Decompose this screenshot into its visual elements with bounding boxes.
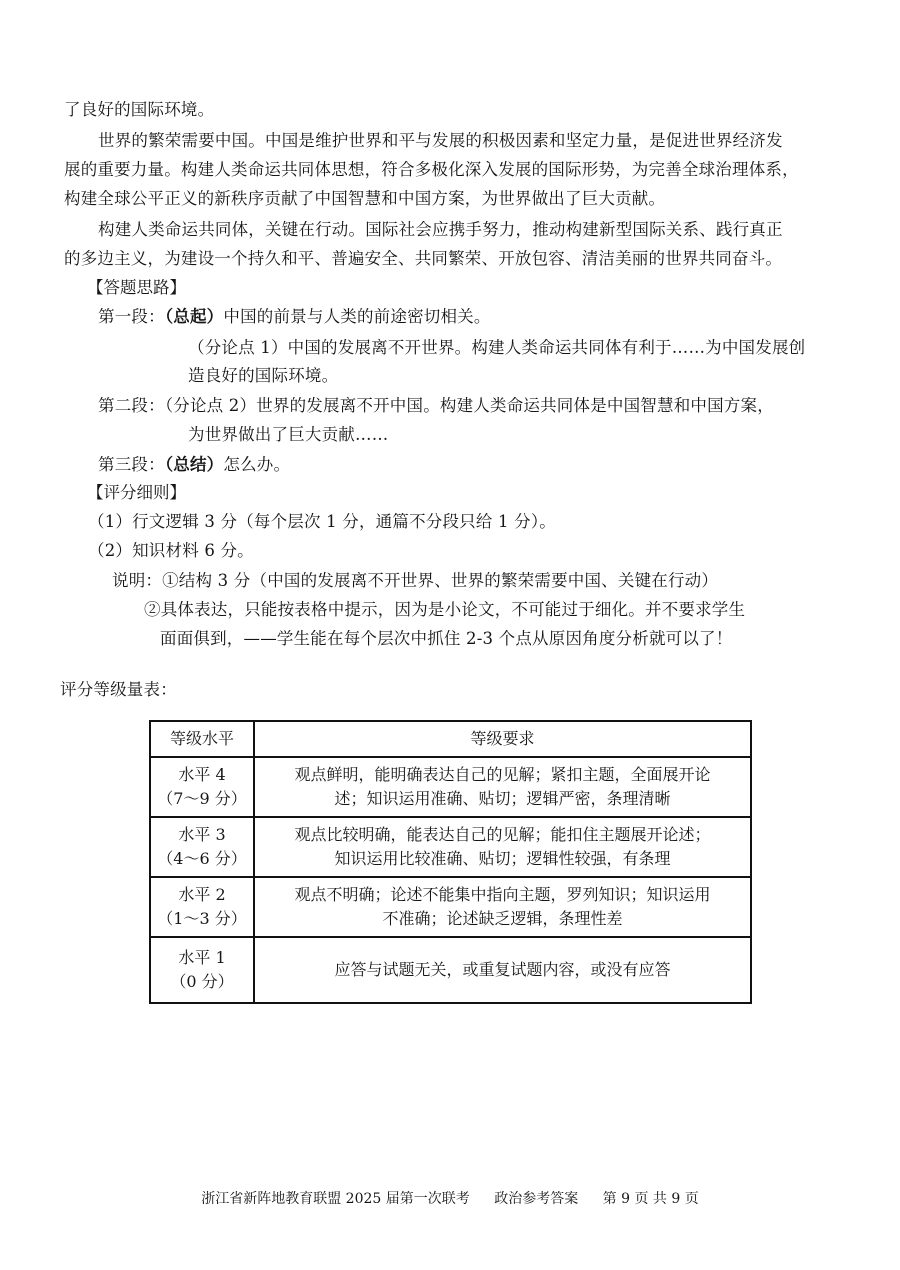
para2-text: （分论点 2）世界的发展离不开中国。构建人类命运共同体是中国智慧和中国方案， (165, 396, 774, 415)
level-name: 水平 4 (157, 763, 247, 787)
requirement-line: 知识运用比较准确、贴切；逻辑性较强，有条理 (263, 847, 742, 871)
level-name: 水平 2 (157, 883, 247, 907)
requirement-line: 应答与试题无关，或重复试题内容，或没有应答 (263, 958, 742, 982)
approach-para2: 第二段：（分论点 2）世界的发展离不开中国。构建人类命运共同体是中国智慧和中国方… (98, 394, 774, 418)
requirement-cell: 应答与试题无关，或重复试题内容，或没有应答 (254, 937, 751, 1003)
requirement-line: 观点鲜明，能明确表达自己的见解；紧扣主题，全面展开论 (263, 763, 742, 787)
table-row: 水平 3 （4～6 分） 观点比较明确，能表达自己的见解；能扣住主题展开论述； … (150, 817, 751, 877)
table-row: 水平 1 （0 分） 应答与试题无关，或重复试题内容，或没有应答 (150, 937, 751, 1003)
level-cell: 水平 4 （7～9 分） (150, 757, 254, 817)
requirement-line: 述；知识运用准确、贴切；逻辑严密，条理清晰 (263, 787, 742, 811)
para1-text: 中国的前景与人类的前途密切相关。 (223, 307, 490, 326)
page-footer: 浙江省新阵地教育联盟 2025 届第一次联考 政治参考答案 第 9 页 共 9 … (0, 1189, 900, 1209)
approach-para1-sub: 造良好的国际环境。 (188, 364, 338, 388)
body-text-line: 构建人类命运共同体，关键在行动。国际社会应携手努力，推动构建新型国际关系、践行真… (98, 218, 783, 242)
body-text-line: 构建全球公平正义的新秩序贡献了中国智慧和中国方案，为世界做出了巨大贡献。 (64, 187, 665, 211)
approach-para1-sub: （分论点 1）中国的发展离不开世界。构建人类命运共同体有利于……为中国发展创 (188, 336, 805, 360)
approach-para1: 第一段：（总起）中国的前景与人类的前途密切相关。 (98, 305, 491, 329)
table-header-row: 等级水平 等级要求 (150, 721, 751, 757)
footer-subject: 政治参考答案 (494, 1191, 578, 1207)
footer-exam: 浙江省新阵地教育联盟 2025 届第一次联考 (201, 1191, 470, 1207)
para3-text: 怎么办。 (223, 455, 290, 474)
table-row: 水平 2 （1～3 分） 观点不明确；论述不能集中指向主题，罗列知识；知识运用 … (150, 877, 751, 937)
level-range: （7～9 分） (157, 787, 247, 811)
para3-tag: （总结） (165, 455, 224, 474)
level-range: （1～3 分） (157, 907, 247, 931)
scoring-note: 说明：①结构 3 分（中国的发展离不开世界、世界的繁荣需要中国、关键在行动） (112, 569, 718, 593)
body-text-line: 世界的繁荣需要中国。中国是维护世界和平与发展的积极因素和坚定力量，是促进世界经济… (98, 129, 783, 153)
level-range: （0 分） (157, 970, 247, 994)
para3-label: 第三段： (98, 455, 165, 474)
body-text-line: 了良好的国际环境。 (64, 98, 214, 122)
para2-label: 第二段： (98, 396, 165, 415)
approach-para2-cont: 为世界做出了巨大贡献…… (188, 423, 388, 447)
scoring-heading: 【评分细则】 (87, 481, 186, 505)
para1-label: 第一段： (98, 307, 165, 326)
scoring-rule: （1）行文逻辑 3 分（每个层次 1 分，通篇不分段只给 1 分）。 (88, 510, 556, 534)
header-requirement: 等级要求 (254, 721, 751, 757)
requirement-line: 观点比较明确，能表达自己的见解；能扣住主题展开论述； (263, 823, 742, 847)
requirement-cell: 观点鲜明，能明确表达自己的见解；紧扣主题，全面展开论 述；知识运用准确、贴切；逻… (254, 757, 751, 817)
body-text-line: 的多边主义，为建设一个持久和平、普遍安全、共同繁荣、开放包容、清洁美丽的世界共同… (64, 247, 782, 271)
level-name: 水平 1 (157, 946, 247, 970)
grade-table-caption: 评分等级量表： (60, 678, 177, 702)
requirement-line: 观点不明确；论述不能集中指向主题，罗列知识；知识运用 (263, 883, 742, 907)
table-row: 水平 4 （7～9 分） 观点鲜明，能明确表达自己的见解；紧扣主题，全面展开论 … (150, 757, 751, 817)
para1-tag: （总起） (165, 307, 224, 326)
level-name: 水平 3 (157, 823, 247, 847)
scoring-rule: （2）知识材料 6 分。 (88, 539, 254, 563)
header-level: 等级水平 (150, 721, 254, 757)
requirement-cell: 观点比较明确，能表达自己的见解；能扣住主题展开论述； 知识运用比较准确、贴切；逻… (254, 817, 751, 877)
approach-para3: 第三段：（总结）怎么办。 (98, 453, 290, 477)
approach-heading: 【答题思路】 (87, 276, 186, 300)
body-text-line: 展的重要力量。构建人类命运共同体思想，符合多极化深入发展的国际形势，为完善全球治… (64, 158, 799, 182)
level-cell: 水平 1 （0 分） (150, 937, 254, 1003)
level-range: （4～6 分） (157, 847, 247, 871)
level-cell: 水平 2 （1～3 分） (150, 877, 254, 937)
scoring-note: ②具体表达，只能按表格中提示，因为是小论文，不可能过于细化。并不要求学生 (144, 598, 745, 622)
requirement-line: 不准确；论述缺乏逻辑，条理性差 (263, 907, 742, 931)
grade-table: 等级水平 等级要求 水平 4 （7～9 分） 观点鲜明，能明确表达自己的见解；紧… (149, 720, 752, 1004)
requirement-cell: 观点不明确；论述不能集中指向主题，罗列知识；知识运用 不准确；论述缺乏逻辑，条理… (254, 877, 751, 937)
level-cell: 水平 3 （4～6 分） (150, 817, 254, 877)
footer-page-number: 第 9 页 共 9 页 (603, 1191, 699, 1207)
scoring-note: 面面俱到，——学生能在每个层次中抓住 2-3 个点从原因角度分析就可以了！ (160, 627, 732, 651)
